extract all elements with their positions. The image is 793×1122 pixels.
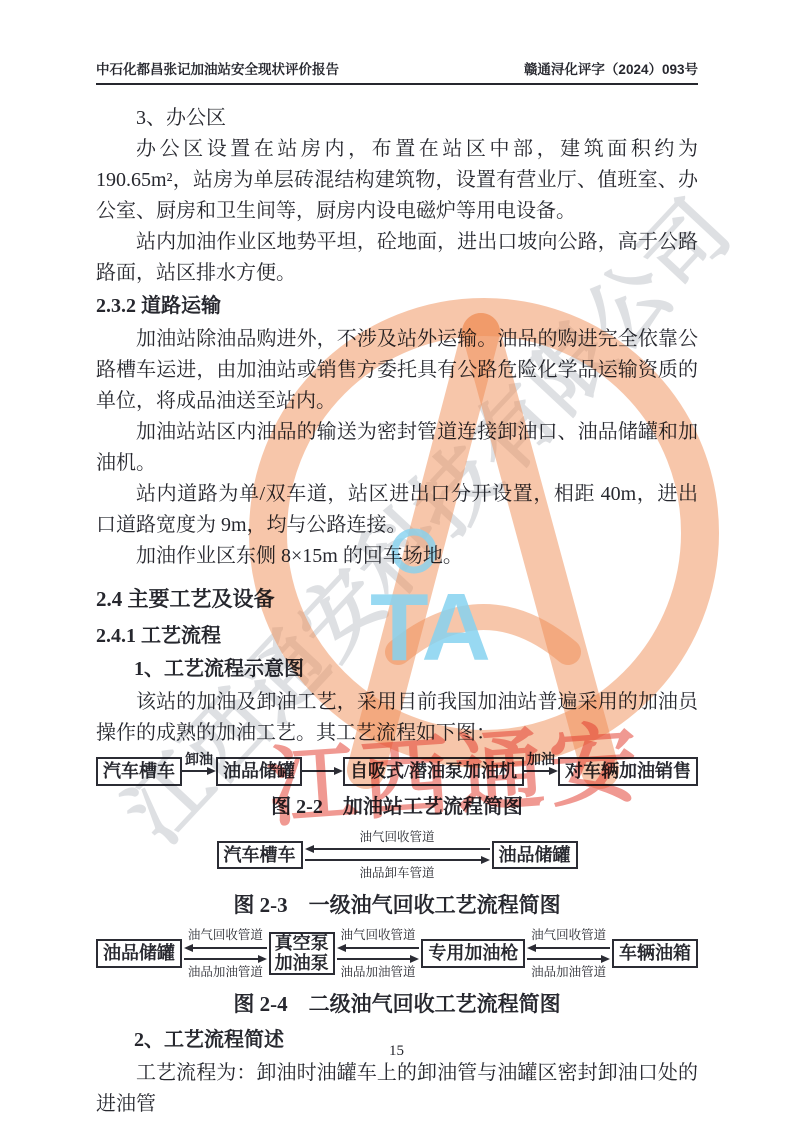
subheading-flow-diagram: 1、工艺流程示意图 (96, 654, 698, 685)
label-oil-fuel-pipe: 油品加油管道 (337, 965, 420, 979)
arrow-left-icon (184, 943, 267, 954)
arrow-refuel-icon: 加油 (524, 759, 558, 783)
page-number: 15 (0, 1043, 793, 1060)
vacuum-pump-line: 真空泵 (275, 934, 329, 954)
flow-box-dispenser: 自吸式/潜油泵加油机 (343, 757, 524, 786)
double-arrow-column: 油气回收管道 油品加油管道 (182, 928, 269, 979)
fuel-pump-line: 加油泵 (275, 954, 329, 974)
arrow-unload-icon: 卸油 (182, 759, 216, 783)
figure-2-4-caption: 图 2-4 二级油气回收工艺流程简图 (96, 989, 698, 1019)
document-page: 中石化都昌张记加油站安全现状评价报告 赣通浔化评字（2024）093号 3、办公… (0, 0, 793, 1122)
arrow-left-icon (337, 943, 420, 954)
double-arrow-column: 油气回收管道 油品卸车管道 (303, 830, 492, 881)
page-header: 中石化都昌张记加油站安全现状评价报告 赣通浔化评字（2024）093号 (96, 58, 698, 85)
header-report-title: 中石化都昌张记加油站安全现状评价报告 (96, 58, 339, 78)
paragraph-turnaround: 加油作业区东侧 8×15m 的回车场地。 (96, 541, 698, 572)
paragraph-roads: 站内道路为单/双车道，站区进出口分开设置，相距 40m，进出口道路宽度为 9m，… (96, 479, 698, 541)
arrow-label-refuel: 加油 (527, 749, 555, 769)
arrow-right-icon (337, 954, 420, 965)
heading-2-4-1-process-flow: 2.4.1 工艺流程 (96, 621, 698, 652)
figure-2-2-caption: 图 2-2 加油站工艺流程简图 (96, 792, 698, 822)
figure-2-4-flow-diagram: 油品储罐 油气回收管道 油品加油管道 真空泵 加油泵 油气回收管道 油品加油管道… (96, 928, 698, 979)
flow-box-fuel-nozzle: 专用加油枪 (421, 939, 525, 968)
paragraph-office-area: 办公区设置在站房内，布置在站区中部，建筑面积约为 190.65m²，站房为单层砖… (96, 134, 698, 227)
heading-2-4-process-equipment: 2.4 主要工艺及设备 (96, 584, 698, 615)
paragraph-transport-2: 加油站站区内油品的输送为密封管道连接卸油口、油品储罐和加油机。 (96, 417, 698, 479)
paragraph-transport-1: 加油站除油品购进外，不涉及站外运输。油品的购进完全依靠公路槽车运进，由加油站或销… (96, 324, 698, 417)
arrow-plain-icon (302, 759, 343, 783)
paragraph-process-intro: 该站的加油及卸油工艺，采用目前我国加油站普遍采用的加油员操作的成熟的加油工艺。其… (96, 687, 698, 749)
figure-2-3-flow-diagram: 汽车槽车 油气回收管道 油品卸车管道 油品储罐 (162, 830, 632, 881)
label-oil-fuel-pipe: 油品加油管道 (527, 965, 610, 979)
label-vapor-recovery-pipe: 油气回收管道 (337, 928, 420, 942)
label-vapor-recovery-pipe: 油气回收管道 (527, 928, 610, 942)
flow-box-storage-tank-3: 油品储罐 (96, 939, 182, 968)
flow-box-vacuum-fuel-pump: 真空泵 加油泵 (269, 932, 335, 976)
heading-2-3-2-road-transport: 2.3.2 道路运输 (96, 291, 698, 322)
figure-2-2-flow-diagram: 汽车槽车 卸油 油品储罐 自吸式/潜油泵加油机 加油 对车辆加油销售 (96, 757, 698, 786)
header-doc-number: 赣通浔化评字（2024）093号 (524, 58, 698, 78)
flow-box-tank-truck-2: 汽车槽车 (217, 841, 303, 870)
flow-box-tank-truck: 汽车槽车 (96, 757, 182, 786)
arrow-right-icon (305, 855, 490, 866)
double-arrow-column: 油气回收管道 油品加油管道 (335, 928, 422, 979)
label-vapor-recovery-pipe: 油气回收管道 (305, 830, 490, 844)
label-oil-fuel-pipe: 油品加油管道 (184, 965, 267, 979)
double-arrow-column: 油气回收管道 油品加油管道 (525, 928, 612, 979)
label-vapor-recovery-pipe: 油气回收管道 (184, 928, 267, 942)
arrow-left-icon (527, 943, 610, 954)
section-heading-office-area: 3、办公区 (96, 103, 698, 134)
arrow-right-icon (184, 954, 267, 965)
label-oil-unloading-pipe: 油品卸车管道 (305, 866, 490, 880)
arrow-label-unload: 卸油 (185, 749, 213, 769)
flow-box-storage-tank-2: 油品储罐 (492, 841, 578, 870)
flow-box-vehicle-tank: 车辆油箱 (612, 939, 698, 968)
arrow-left-icon (305, 844, 490, 855)
paragraph-flow-description: 工艺流程为：卸油时油罐车上的卸油管与油罐区密封卸油口处的进油管 (96, 1058, 698, 1120)
arrow-right-icon (527, 954, 610, 965)
paragraph-site-ground: 站内加油作业区地势平坦，砼地面，进出口坡向公路，高于公路路面，站区排水方便。 (96, 227, 698, 289)
flow-box-vehicle-sales: 对车辆加油销售 (558, 757, 698, 786)
flow-box-storage-tank: 油品储罐 (216, 757, 302, 786)
figure-2-3-caption: 图 2-3 一级油气回收工艺流程简图 (96, 890, 698, 920)
